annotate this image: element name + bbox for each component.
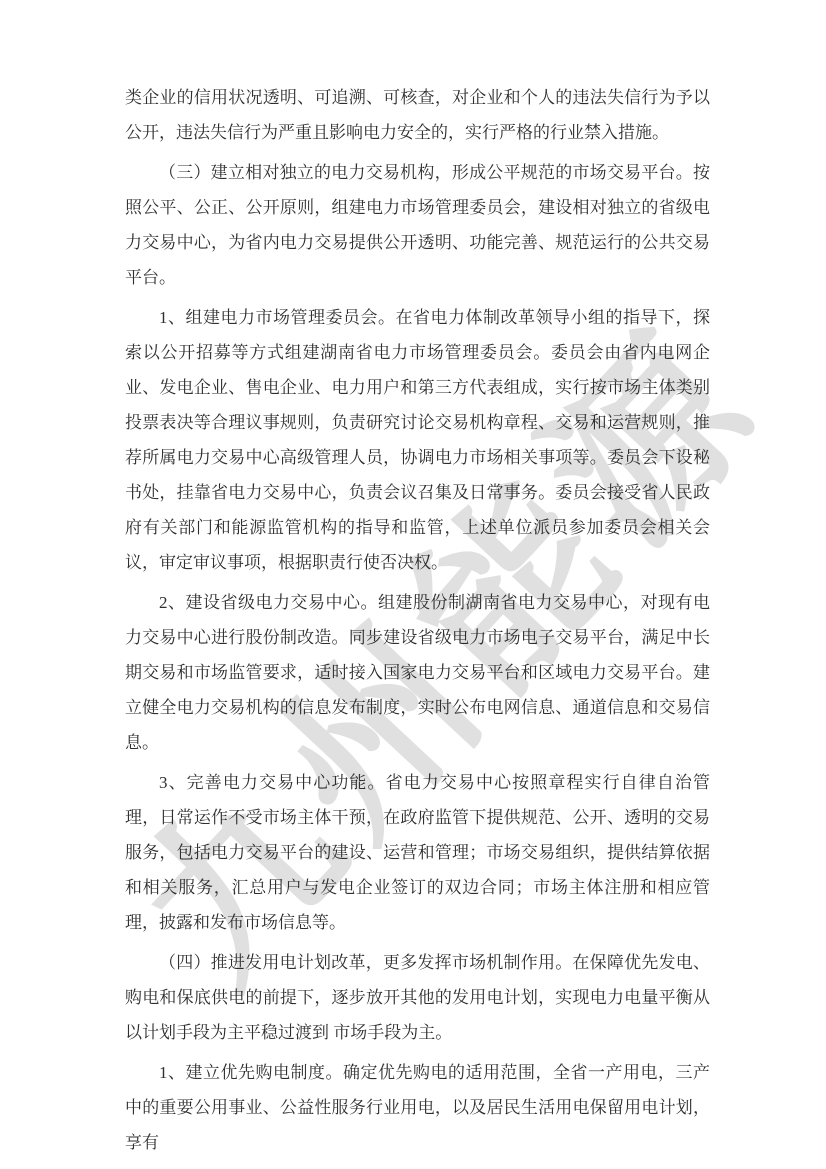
- document-body: 类企业的信用状况透明、可追溯、可核查，对企业和个人的违法失信行为予以公开，违法失…: [125, 80, 710, 1165]
- paragraph-continuation: 类企业的信用状况透明、可追溯、可核查，对企业和个人的违法失信行为予以公开，违法失…: [125, 80, 710, 150]
- document-page: 九州能源 类企业的信用状况透明、可追溯、可核查，对企业和个人的违法失信行为予以公…: [0, 0, 826, 1169]
- paragraph-item-1-priority-purchase: 1、建立优先购电制度。确定优先购电的适用范围，全省一产用电，三产中的重要公用事业…: [125, 1055, 710, 1160]
- paragraph-item-2-trading-center: 2、建设省级电力交易中心。组建股份制湖南省电力交易中心，对现有电力交易中心进行股…: [125, 585, 710, 760]
- paragraph-item-3-functions: 3、完善电力交易中心功能。省电力交易中心按照章程实行自律自治管理，日常运作不受市…: [125, 765, 710, 940]
- paragraph-item-1-committee: 1、组建电力市场管理委员会。在省电力体制改革领导小组的指导下，探索以公开招募等方…: [125, 300, 710, 580]
- paragraph-section-4: （四）推进发用电计划改革，更多发挥市场机制作用。在保障优先发电、购电和保底供电的…: [125, 945, 710, 1050]
- paragraph-section-3: （三）建立相对独立的电力交易机构，形成公平规范的市场交易平台。按照公平、公正、公…: [125, 155, 710, 295]
